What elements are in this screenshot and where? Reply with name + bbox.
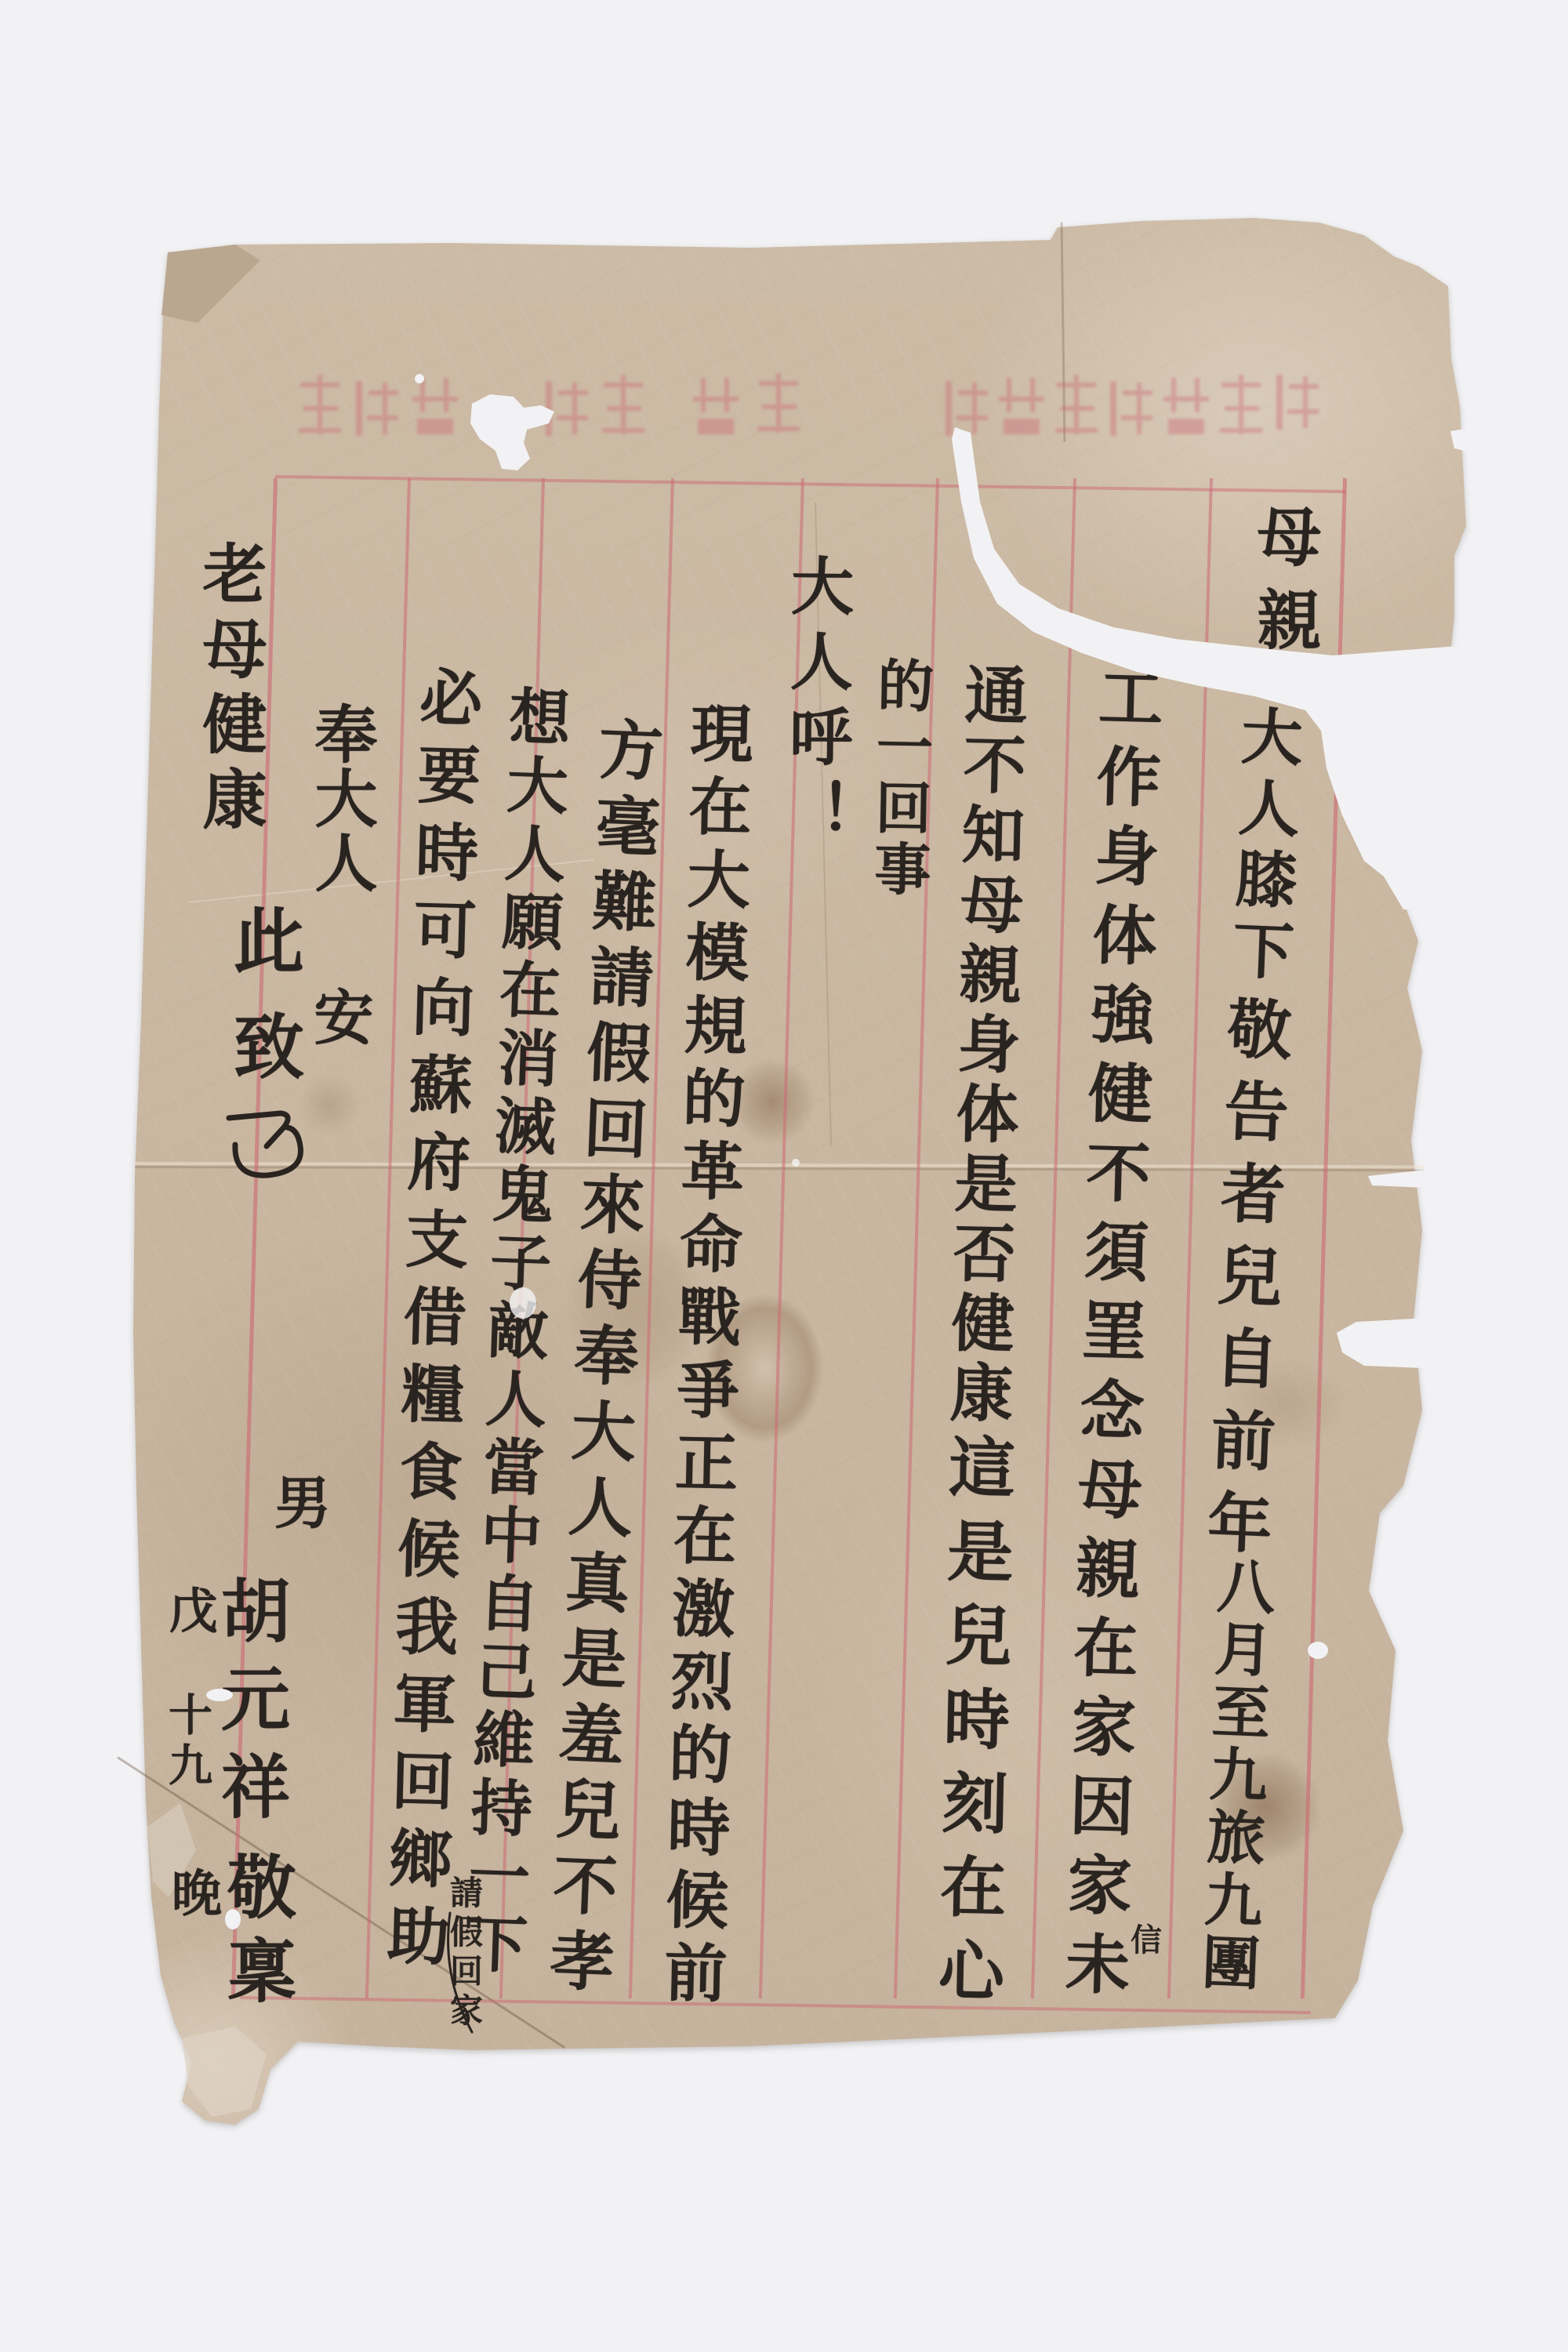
- paper-hole: [206, 1689, 233, 1701]
- letterhead-glyph: [409, 373, 461, 441]
- letterhead-glyph: [1215, 372, 1267, 439]
- closing-respect-line: 奉大人: [310, 702, 372, 895]
- signature-name: 胡元祥: [216, 1575, 285, 1838]
- date-prefix: 戊: [165, 1585, 213, 1634]
- letterhead-glyph: [294, 372, 346, 439]
- paper-hole: [225, 1909, 241, 1929]
- letterhead-glyph: [597, 372, 649, 439]
- paper-hole: [510, 1287, 536, 1319]
- letter-column-4: 的一回事: [869, 655, 930, 901]
- insertion-mark: 信: [1131, 1925, 1162, 1956]
- letterhead-glyph: [1272, 368, 1323, 436]
- closing-wish-line: 老母健康: [198, 540, 262, 841]
- letter-column-1-segment-1: 大人膝下: [1225, 703, 1298, 991]
- letterhead-glyph: [690, 373, 742, 441]
- letterhead-glyph: [1160, 373, 1212, 441]
- letter-column-3-segment-1: 通不知母親身体是否健康: [945, 662, 1023, 1430]
- paper-hole: [792, 1159, 800, 1167]
- signature-honorific: 敬稟: [223, 1851, 292, 2019]
- letterhead-glyph: [1105, 375, 1157, 442]
- marginal-note: 請假回家: [448, 1875, 481, 2032]
- paper-hole: [415, 374, 424, 383]
- letter-column-1-segment-3: 八月至九旅九團: [1196, 1555, 1272, 1997]
- letterhead-glyph: [1051, 372, 1102, 439]
- closing-valediction: 此致: [227, 904, 298, 1116]
- date-day: 十九: [165, 1692, 209, 1792]
- letter-column-3-segment-2: 這是兒時刻在心: [932, 1432, 1011, 2021]
- salutation: 母親: [1252, 503, 1316, 670]
- letter-column-5: 大人呼！: [783, 554, 849, 855]
- date-time: 晚: [167, 1867, 217, 1917]
- signature-relation: 男: [270, 1473, 326, 1530]
- closing-respect-line-end: 安: [309, 986, 368, 1046]
- letterhead-glyph: [351, 375, 403, 442]
- letterhead-glyph: [541, 375, 593, 442]
- paper-hole: [1308, 1642, 1328, 1659]
- letterhead-glyph: [996, 373, 1047, 441]
- water-stain: [298, 1074, 361, 1137]
- letterhead-glyph: [753, 370, 804, 437]
